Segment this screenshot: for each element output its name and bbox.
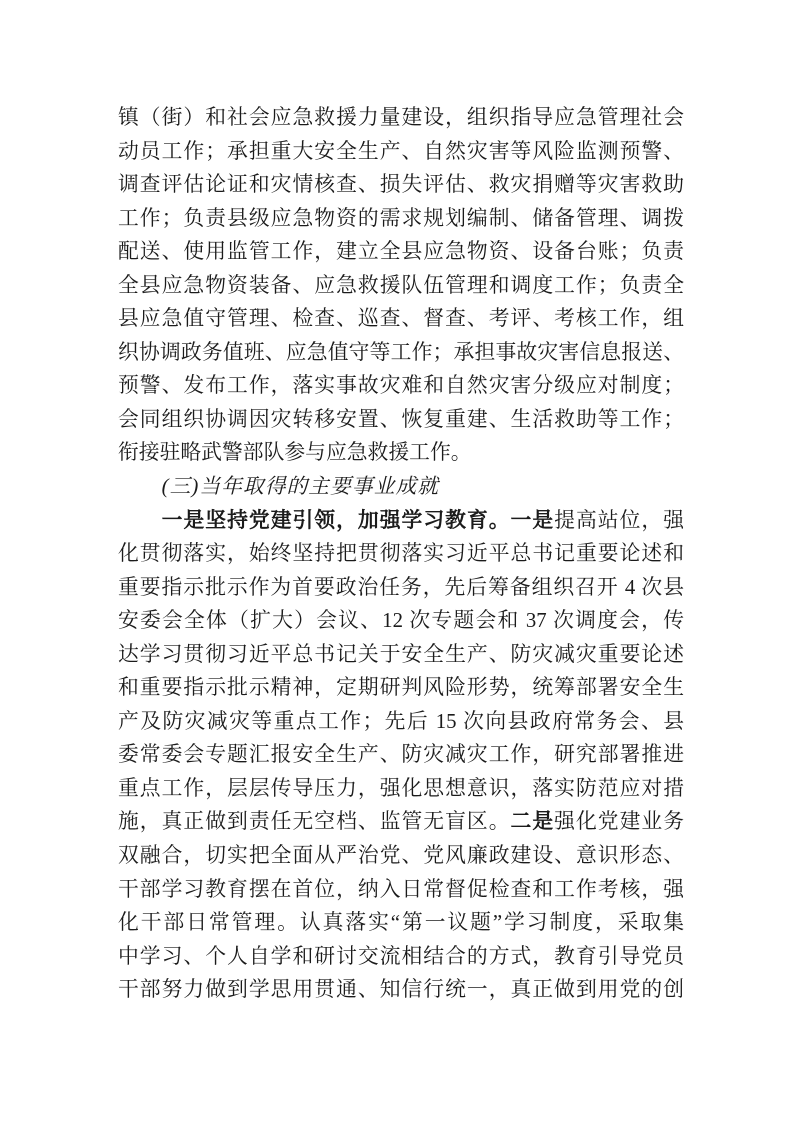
text-run: 预警、发布工作，落实事故灾难和自然灾害分级应对制度； [118,374,684,397]
text-run: 强化党建业务 [554,810,684,833]
para-achv-line-15: 干部努力做到学思用贯通、知信行统一，真正做到用党的创 [118,973,684,1007]
para-achv-line-3: 重要指示批示作为首要政治任务，先后筹备组织召开 4 次县 [118,571,684,605]
text-run: (三)当年取得的主要事业成就 [162,475,439,498]
text-run: 双融合，切实把全面从严治党、党风廉政建设、意识形态、 [118,844,684,867]
text-run: 会同组织协调因灾转移安置、恢复重建、生活救助等工作； [118,408,684,431]
text-run: 干部努力做到学思用贯通、知信行统一，真正做到用党的创 [118,978,684,1001]
para-achv-line-1: 一是坚持党建引领，加强学习教育。一是提高站位，强 [118,504,684,538]
para-achv-line-11: 双融合，切实把全面从严治党、党风廉政建设、意识形态、 [118,839,684,873]
para-duties-line-6: 全县应急物资装备、应急救援队伍管理和调度工作；负责全 [118,269,684,303]
para-achv-line-14: 中学习、个人自学和研讨交流相结合的方式，教育引导党员 [118,940,684,974]
para-achv-line-4: 安委会全体（扩大）会议、12 次专题会和 37 次调度会，传 [118,604,684,638]
para-duties-line-2: 动员工作；承担重大安全生产、自然灾害等风险监测预警、 [118,135,684,169]
text-run: 动员工作；承担重大安全生产、自然灾害等风险监测预警、 [118,140,684,163]
para-duties-line-8: 织协调政务值班、应急值守等工作；承担事故灾害信息报送、 [118,336,684,370]
text-run: 产及防灾减灾等重点工作；先后 15 次向县政府常务会、县 [118,710,684,733]
section-heading-3: (三)当年取得的主要事业成就 [118,470,684,504]
para-achv-line-13: 化干部日常管理。认真落实“第一议题”学习制度，采取集 [118,906,684,940]
para-duties-line-9: 预警、发布工作，落实事故灾难和自然灾害分级应对制度； [118,369,684,403]
para-duties-line-4: 工作；负责县级应急物资的需求规划编制、储备管理、调拨 [118,202,684,236]
text-run: 化贯彻落实，始终坚持把贯彻落实习近平总书记重要论述和 [118,542,684,565]
para-duties-line-3: 调查评估论证和灾情核查、损失评估、救灾捐赠等灾害救助 [118,168,684,202]
text-run: 镇（街）和社会应急救援力量建设，组织指导应急管理社会 [118,106,684,129]
text-run: 施，真正做到责任无空档、监管无盲区。 [118,810,511,833]
para-duties-line-5: 配送、使用监管工作，建立全县应急物资、设备台账；负责 [118,235,684,269]
text-run: 干部学习教育摆在首位，纳入日常督促检查和工作考核，强 [118,878,684,901]
text-run: 配送、使用监管工作，建立全县应急物资、设备台账；负责 [118,240,684,263]
text-run: 和重要指示批示精神，定期研判风险形势，统筹部署安全生 [118,676,684,699]
text-run: 调查评估论证和灾情核查、损失评估、救灾捐赠等灾害救助 [118,173,684,196]
para-duties-line-1: 镇（街）和社会应急救援力量建设，组织指导应急管理社会 [118,101,684,135]
text-run: 达学习贯彻习近平总书记关于安全生产、防灾减灾重要论述 [118,643,684,666]
para-achv-line-8: 委常委会专题汇报安全生产、防灾减灾工作，研究部署推进 [118,738,684,772]
bold-text-run: 一是坚持党建引领，加强学习教育。一是 [162,509,555,532]
document-page: 镇（街）和社会应急救援力量建设，组织指导应急管理社会动员工作；承担重大安全生产、… [0,0,793,1122]
para-duties-line-11: 衔接驻略武警部队参与应急救援工作。 [118,436,684,470]
para-achv-line-6: 和重要指示批示精神，定期研判风险形势，统筹部署安全生 [118,671,684,705]
text-run: 衔接驻略武警部队参与应急救援工作。 [118,441,472,464]
text-run: 县应急值守管理、检查、巡查、督查、考评、考核工作，组 [118,307,684,330]
para-achv-line-12: 干部学习教育摆在首位，纳入日常督促检查和工作考核，强 [118,873,684,907]
para-duties-line-10: 会同组织协调因灾转移安置、恢复重建、生活救助等工作； [118,403,684,437]
text-run: 全县应急物资装备、应急救援队伍管理和调度工作；负责全 [118,274,684,297]
para-duties-line-7: 县应急值守管理、检查、巡查、督查、考评、考核工作，组 [118,302,684,336]
text-run: 委常委会专题汇报安全生产、防灾减灾工作，研究部署推进 [118,743,684,766]
para-achv-line-7: 产及防灾减灾等重点工作；先后 15 次向县政府常务会、县 [118,705,684,739]
para-achv-line-10: 施，真正做到责任无空档、监管无盲区。二是强化党建业务 [118,805,684,839]
para-achv-line-2: 化贯彻落实，始终坚持把贯彻落实习近平总书记重要论述和 [118,537,684,571]
text-run: 提高站位，强 [554,509,684,532]
para-achv-line-5: 达学习贯彻习近平总书记关于安全生产、防灾减灾重要论述 [118,638,684,672]
bold-text-run: 二是 [511,810,555,833]
text-run: 重点工作，层层传导压力，强化思想意识，落实防范应对措 [118,777,684,800]
text-run: 中学习、个人自学和研讨交流相结合的方式，教育引导党员 [118,945,684,968]
text-run: 织协调政务值班、应急值守等工作；承担事故灾害信息报送、 [118,341,684,364]
text-run: 重要指示批示作为首要政治任务，先后筹备组织召开 4 次县 [118,576,684,599]
document-body: 镇（街）和社会应急救援力量建设，组织指导应急管理社会动员工作；承担重大安全生产、… [118,101,684,1007]
text-run: 安委会全体（扩大）会议、12 次专题会和 37 次调度会，传 [118,609,684,632]
text-run: 化干部日常管理。认真落实“第一议题”学习制度，采取集 [118,911,684,934]
text-run: 工作；负责县级应急物资的需求规划编制、储备管理、调拨 [118,207,684,230]
para-achv-line-9: 重点工作，层层传导压力，强化思想意识，落实防范应对措 [118,772,684,806]
